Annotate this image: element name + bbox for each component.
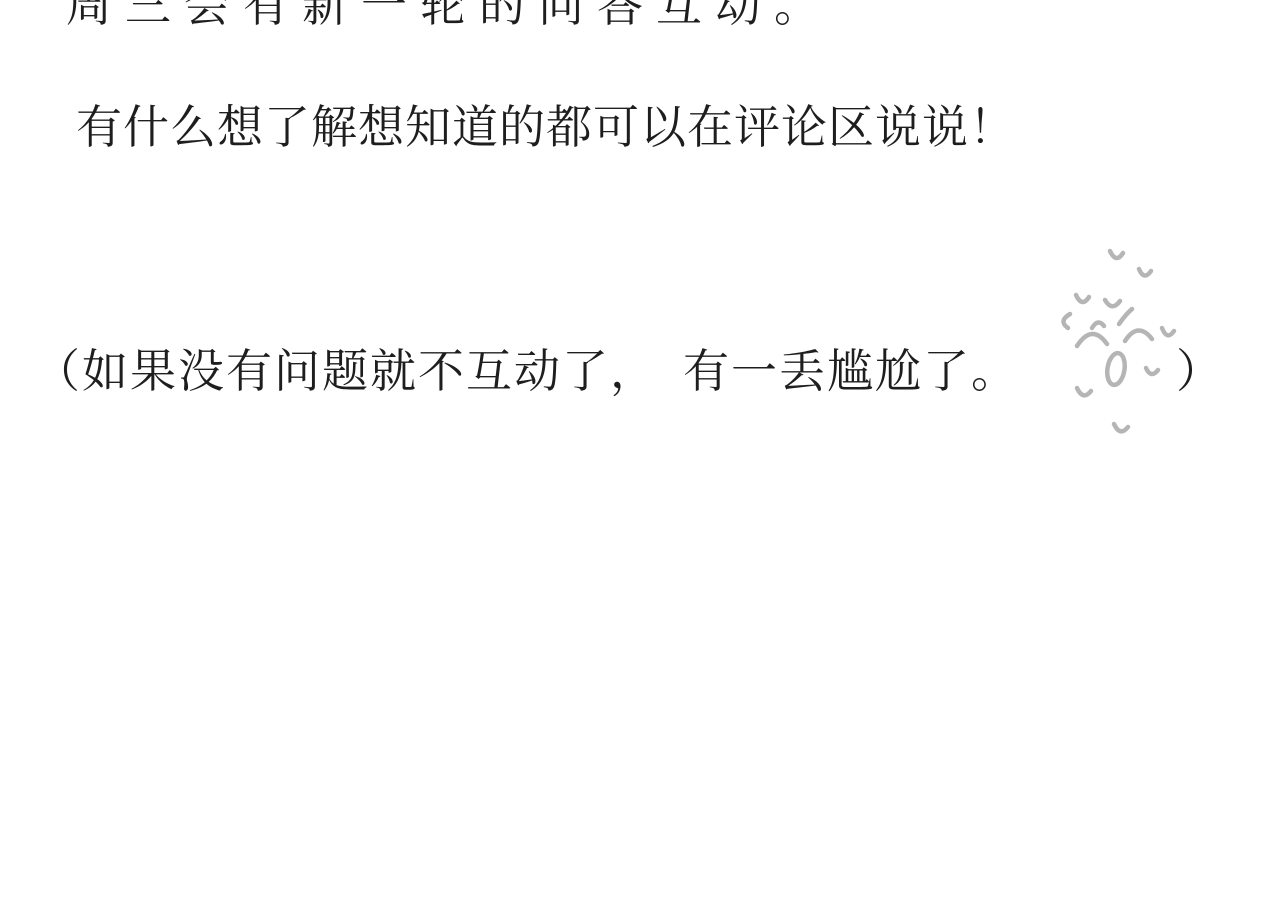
sweat-drop-icon xyxy=(1105,300,1120,306)
note-line-1: 周三会有新一轮的问答互动。 xyxy=(66,0,833,32)
embarrassed-sweat-face-doodle-icon xyxy=(1050,244,1195,449)
comic-note-page: 周三会有新一轮的问答互动。 有什么想了解想知道的都可以在评论区说说！ （如果没有… xyxy=(0,0,1280,918)
left-eye-arc xyxy=(1077,334,1107,346)
mouth-oval xyxy=(1105,352,1127,386)
note-line-2: 有什么想了解想知道的都可以在评论区说说！ xyxy=(76,100,1016,154)
note-line-3-close-paren: ） xyxy=(1176,344,1222,398)
sweat-drop-icon xyxy=(1114,424,1128,431)
right-eye-arc xyxy=(1125,330,1152,341)
sweat-drop-icon xyxy=(1146,368,1158,374)
sweat-drop-icon xyxy=(1139,269,1151,276)
sweat-drop-icon xyxy=(1077,388,1091,395)
sweat-drop-icon xyxy=(1076,295,1089,302)
sweat-drop-icon xyxy=(1162,328,1174,335)
note-line-3: （如果没有问题就不互动了， 有一丢尴尬了。 xyxy=(34,344,1019,398)
sweat-drop-icon xyxy=(1063,314,1070,328)
sweat-drop-icon xyxy=(1110,251,1123,258)
right-eyebrow-stroke xyxy=(1119,309,1132,324)
left-eyebrow-stroke xyxy=(1092,322,1104,328)
